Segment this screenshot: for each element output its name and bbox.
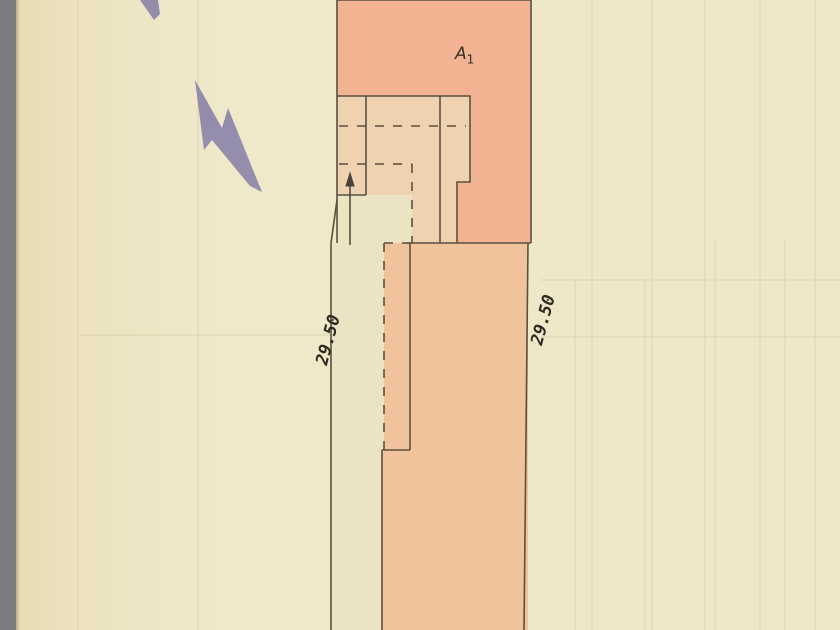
plot-label-letter: A xyxy=(455,44,467,64)
plot-label-subscript: 1 xyxy=(467,52,475,66)
left-strip xyxy=(331,243,382,630)
plot-plan xyxy=(0,0,840,630)
north-arrow-icon xyxy=(140,0,262,192)
plot-label: A1 xyxy=(455,44,474,66)
plot-fill-lower xyxy=(382,243,528,630)
